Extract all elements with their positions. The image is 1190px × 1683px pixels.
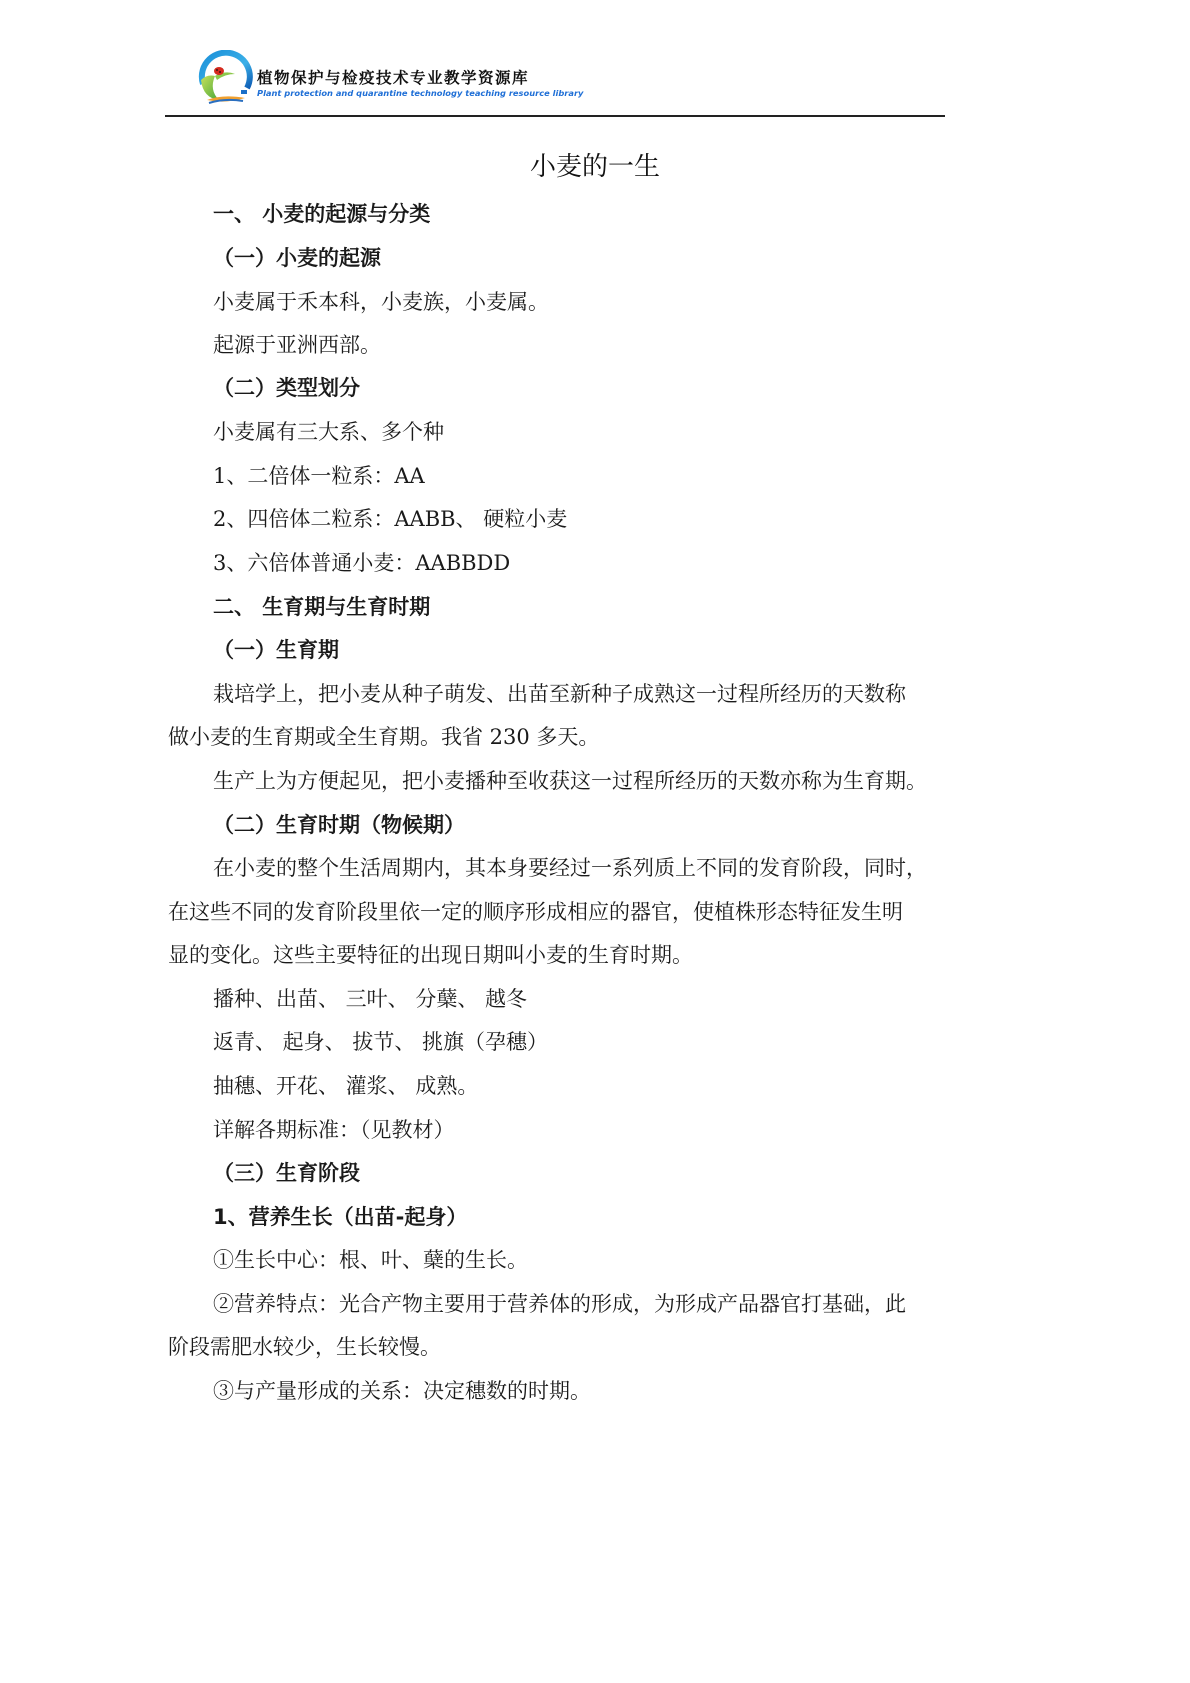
page-title: 小麦的一生 <box>0 146 1190 183</box>
subsection-heading: 1、营养生长（出苗-起身） <box>213 1207 467 1228</box>
paragraph-continuation: 阶段需肥水较少，生长较慢。 <box>168 1337 441 1358</box>
list-item: 3、六倍体普通小麦：AABBDD <box>213 553 510 574</box>
page-header: 植物保护与检疫技术专业教学资源库 Plant protection and qu… <box>165 40 945 118</box>
header-divider <box>165 115 945 117</box>
list-item: 2、四倍体二粒系：AABB、 硬粒小麦 <box>213 509 567 530</box>
paragraph: 小麦属于禾本科，小麦族，小麦属。 <box>213 292 549 313</box>
paragraph-continuation: 做小麦的生育期或全生育期。我省 230 多天。 <box>168 727 599 748</box>
paragraph: ③与产量形成的关系：决定穗数的时期。 <box>213 1381 591 1402</box>
paragraph: 小麦属有三大系、多个种 <box>213 422 444 443</box>
ladybug-leaf-logo-icon <box>195 50 255 106</box>
subsection-heading: （一）生育期 <box>213 640 339 661</box>
list-item: 返青、 起身、 拔节、 挑旗（孕穗） <box>213 1032 548 1053</box>
list-item: 播种、出苗、 三叶、 分蘖、 越冬 <box>213 989 527 1010</box>
subsection-heading: （一）小麦的起源 <box>213 248 381 269</box>
paragraph: 在小麦的整个生活周期内，其本身要经过一系列质上不同的发育阶段，同时， <box>213 858 927 879</box>
subsection-heading: （二）生育时期（物候期） <box>213 815 465 836</box>
list-item: 抽穗、开花、 灌浆、 成熟。 <box>213 1076 478 1097</box>
paragraph: ②营养特点：光合产物主要用于营养体的形成，为形成产品器官打基础，此 <box>213 1294 906 1315</box>
paragraph: ①生长中心：根、叶、蘖的生长。 <box>213 1250 528 1271</box>
paragraph: 栽培学上，把小麦从种子萌发、出苗至新种子成熟这一过程所经历的天数称 <box>213 684 906 705</box>
paragraph: 详解各期标准：（见教材） <box>213 1120 455 1141</box>
brand-title-en: Plant protection and quarantine technolo… <box>257 88 583 98</box>
paragraph: 起源于亚洲西部。 <box>213 335 381 356</box>
paragraph-continuation: 在这些不同的发育阶段里依一定的顺序形成相应的器官，使植株形态特征发生明 <box>168 902 903 923</box>
subsection-heading: （三）生育阶段 <box>213 1163 360 1184</box>
paragraph-continuation: 显的变化。这些主要特征的出现日期叫小麦的生育时期。 <box>168 945 693 966</box>
paragraph: 生产上为方便起见，把小麦播种至收获这一过程所经历的天数亦称为生育期。 <box>213 771 927 792</box>
list-item: 1、二倍体一粒系：AA <box>213 466 425 487</box>
subsection-heading: （二）类型划分 <box>213 378 360 399</box>
brand-title-cn: 植物保护与检疫技术专业教学资源库 <box>257 66 529 88</box>
section-heading: 二、 生育期与生育时期 <box>213 597 430 618</box>
section-heading: 一、 小麦的起源与分类 <box>213 204 430 225</box>
